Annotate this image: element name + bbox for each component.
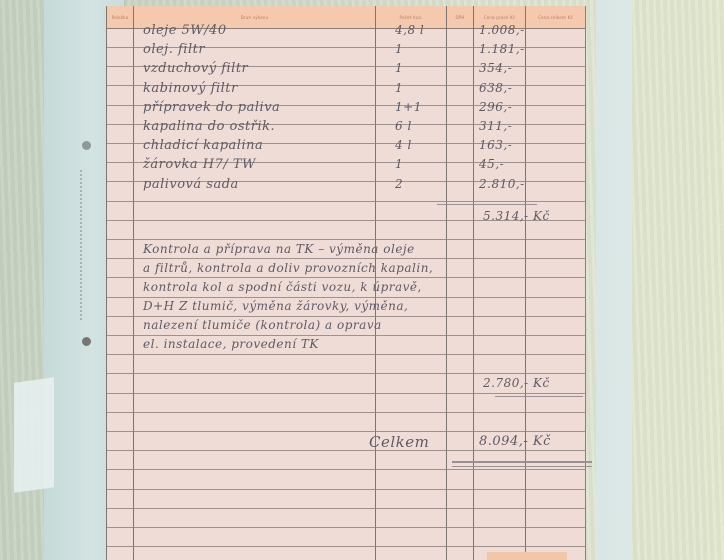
item-price: 45,- (479, 157, 504, 171)
ruled-line (107, 527, 585, 528)
item-price: 311,- (479, 119, 512, 133)
item-quantity: 4,8 l (395, 23, 424, 37)
item-description: chladicí kapalina (143, 138, 263, 153)
punch-hole (82, 337, 91, 346)
ruled-line (107, 373, 585, 374)
work-description-line: a filtrů, kontrola a doliv provozních ka… (143, 261, 433, 275)
labor-rule (495, 396, 583, 397)
ruled-line (107, 297, 585, 298)
carbon-copy-edge (596, 0, 632, 560)
subtotal-parts: 5.314,- Kč (483, 209, 550, 223)
paper-slip (14, 377, 54, 493)
header-pos: Položka (107, 6, 133, 28)
ruled-line (107, 201, 585, 202)
item-price: 163,- (479, 138, 512, 152)
item-description: kabinový filtr (143, 81, 238, 96)
item-description: žárovka H7/ TW (143, 157, 256, 172)
item-price: 354,- (479, 61, 512, 75)
item-price: 638,- (479, 81, 512, 95)
grand-total: 8.094,- Kč (479, 434, 551, 449)
item-quantity: 4 l (395, 138, 412, 152)
item-price: 1.008,- (479, 23, 525, 37)
ruled-line (107, 431, 585, 432)
ruled-line (107, 277, 585, 278)
ruled-line (107, 412, 585, 413)
column-divider (446, 6, 447, 560)
item-quantity: 2 (395, 177, 403, 191)
item-quantity: 1+1 (395, 100, 422, 114)
column-divider (473, 6, 474, 560)
item-description: olej. filtr (143, 42, 205, 57)
footer-band (487, 552, 567, 560)
item-description: palivová sada (143, 177, 239, 192)
item-quantity: 1 (395, 42, 403, 56)
ruled-line (107, 450, 585, 451)
ruled-line (107, 354, 585, 355)
ruled-line (107, 239, 585, 240)
work-description-line: kontrola kol a spodní části vozu, k úpra… (143, 280, 422, 294)
column-divider (133, 6, 134, 560)
item-description: kapalina do ostřik. (143, 119, 275, 134)
ruled-line (107, 469, 585, 470)
item-quantity: 1 (395, 157, 403, 171)
item-price: 1.181,- (479, 42, 525, 56)
item-quantity: 6 l (395, 119, 412, 133)
subtotal-rule (437, 204, 537, 205)
item-price: 296,- (479, 100, 512, 114)
item-quantity: 1 (395, 61, 403, 75)
grand-total-double-rule (452, 466, 592, 467)
header-total: Cena celkem Kč (526, 6, 585, 28)
labor-total: 2.780,- Kč (483, 376, 550, 390)
item-description: přípravek do paliva (143, 100, 280, 115)
item-description: oleje 5W/40 (143, 23, 227, 38)
work-description-line: Kontrola a příprava na TK – výměna oleje (143, 242, 415, 256)
header-dph: DPH (447, 6, 473, 28)
work-description-line: el. instalace, provedení TK (143, 337, 319, 351)
ruled-line (107, 489, 585, 490)
invoice-form: Položka Druh výkonu Počet hod. DPH Cena … (106, 6, 586, 560)
work-description-line: nalezení tlumiče (kontrola) a oprava (143, 318, 382, 332)
grand-total-label: Celkem (369, 433, 429, 451)
work-description-line: D+H Z tlumič, výměna žárovky, výměna, (143, 299, 408, 313)
ruled-line (107, 335, 585, 336)
ruled-line (107, 258, 585, 259)
ruled-line (107, 393, 585, 394)
item-description: vzduchový filtr (143, 61, 248, 76)
column-divider (525, 6, 526, 560)
ruled-line (107, 546, 585, 547)
item-quantity: 1 (395, 81, 403, 95)
grand-total-double-rule (452, 461, 592, 463)
vertical-print-text (80, 170, 86, 320)
item-price: 2.810,- (479, 177, 525, 191)
punch-hole (82, 141, 91, 150)
ruled-line (107, 508, 585, 509)
ruled-line (107, 316, 585, 317)
